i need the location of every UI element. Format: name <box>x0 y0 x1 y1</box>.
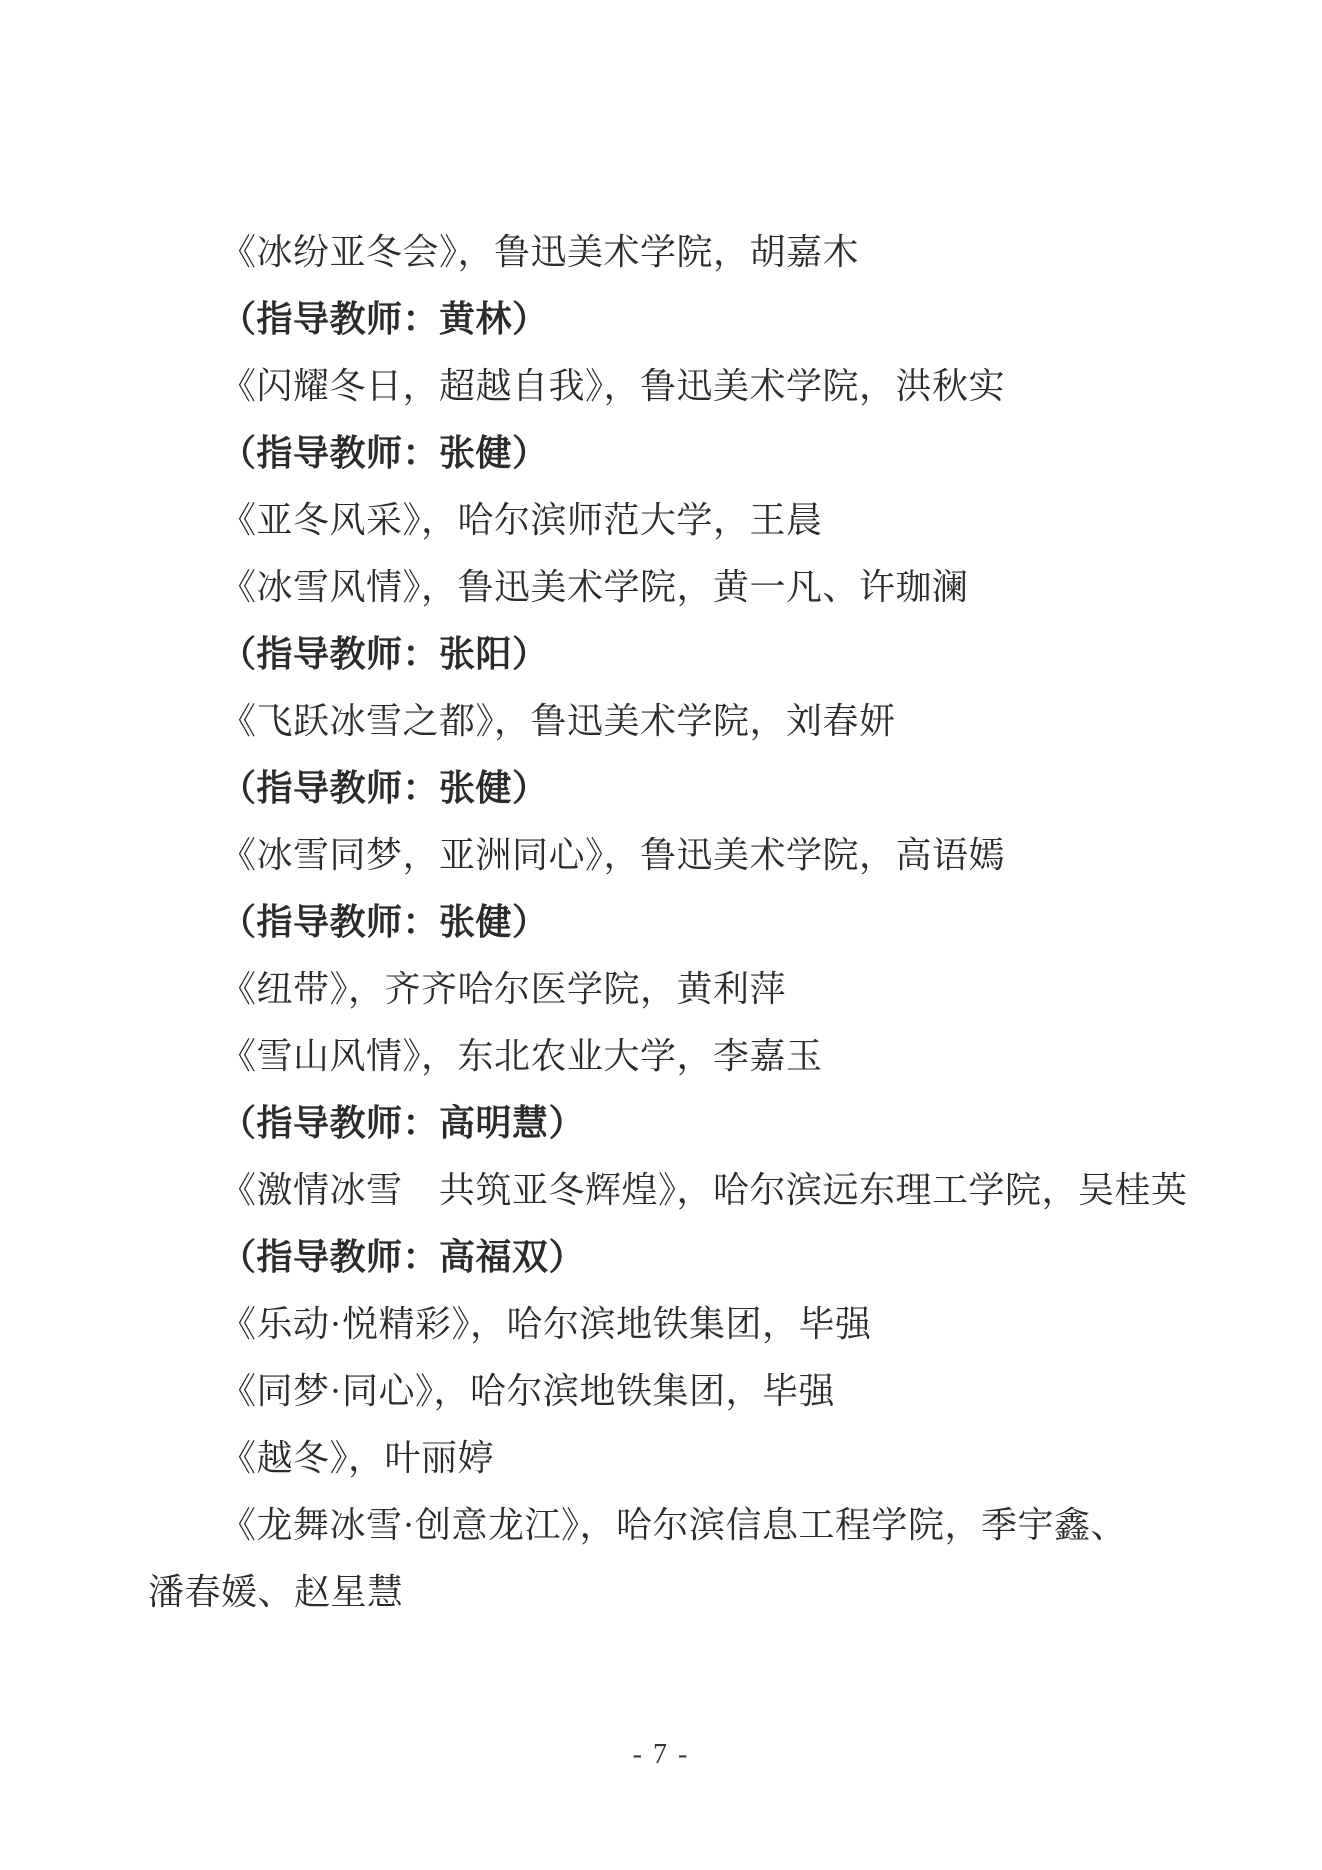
document-line: 《龙舞冰雪·创意龙江》，哈尔滨信息工程学院，季宇鑫、 <box>148 1492 1222 1559</box>
document-line: （指导教师：张健） <box>148 420 1222 487</box>
document-line: 《激情冰雪 共筑亚冬辉煌》，哈尔滨远东理工学院，吴桂英 <box>148 1157 1222 1224</box>
document-line: 潘春媛、赵星慧 <box>148 1559 1222 1626</box>
document-line: 《雪山风情》，东北农业大学，李嘉玉 <box>148 1023 1222 1090</box>
document-line: 《冰雪同梦，亚洲同心》，鲁迅美术学院，高语嫣 <box>148 822 1222 889</box>
document-line: （指导教师：张健） <box>148 755 1222 822</box>
document-page: 《冰纷亚冬会》，鲁迅美术学院，胡嘉木（指导教师：黄林）《闪耀冬日，超越自我》，鲁… <box>0 0 1322 1870</box>
document-line: （指导教师：高福双） <box>148 1224 1222 1291</box>
page-number: - 7 - <box>0 1740 1322 1770</box>
document-line: 《纽带》，齐齐哈尔医学院，黄利萍 <box>148 956 1222 1023</box>
document-line: （指导教师：高明慧） <box>148 1090 1222 1157</box>
document-line: （指导教师：张健） <box>148 889 1222 956</box>
document-line: 《闪耀冬日，超越自我》，鲁迅美术学院，洪秋实 <box>148 353 1222 420</box>
document-line: 《亚冬风采》，哈尔滨师范大学，王晨 <box>148 487 1222 554</box>
document-line: 《冰雪风情》，鲁迅美术学院，黄一凡、许珈澜 <box>148 554 1222 621</box>
document-line: 《同梦·同心》，哈尔滨地铁集团，毕强 <box>148 1358 1222 1425</box>
document-line: 《越冬》，叶丽婷 <box>148 1425 1222 1492</box>
document-line: （指导教师：黄林） <box>148 286 1222 353</box>
document-line: 《乐动·悦精彩》，哈尔滨地铁集团，毕强 <box>148 1291 1222 1358</box>
document-line: 《飞跃冰雪之都》，鲁迅美术学院，刘春妍 <box>148 688 1222 755</box>
document-line: 《冰纷亚冬会》，鲁迅美术学院，胡嘉木 <box>148 219 1222 286</box>
document-line: （指导教师：张阳） <box>148 621 1222 688</box>
document-content: 《冰纷亚冬会》，鲁迅美术学院，胡嘉木（指导教师：黄林）《闪耀冬日，超越自我》，鲁… <box>148 219 1222 1626</box>
